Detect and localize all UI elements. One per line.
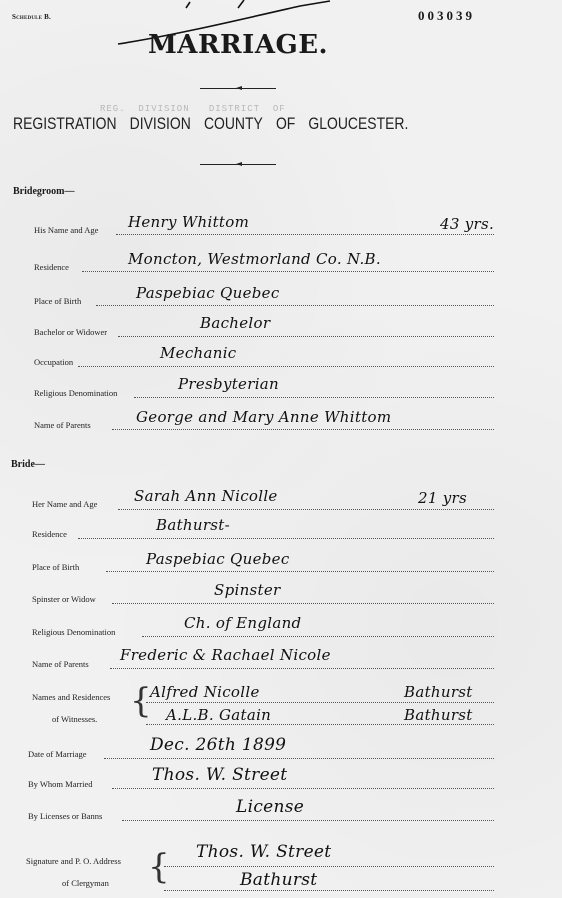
fill-line xyxy=(134,397,494,398)
marriage-registration-form: Schedule B. 003039 MARRIAGE. REG. DIVISI… xyxy=(0,0,562,898)
bride-religion-value: Ch. of England xyxy=(184,614,301,632)
witness-1-name: Alfred Nicolle xyxy=(150,683,260,701)
ornamental-rule xyxy=(200,88,276,89)
groom-name-label: His Name and Age xyxy=(34,225,98,235)
clergyman-address: Bathurst xyxy=(240,870,317,890)
groom-birthplace-label: Place of Birth xyxy=(34,296,81,306)
bride-residence-value: Bathurst- xyxy=(156,516,230,534)
groom-occupation-value: Mechanic xyxy=(160,344,237,362)
bride-birthplace-label: Place of Birth xyxy=(32,562,79,572)
fill-line xyxy=(146,702,494,703)
fill-line xyxy=(164,866,494,867)
groom-parents-value: George and Mary Anne Whittom xyxy=(136,408,391,426)
fill-line xyxy=(82,271,494,272)
serial-number: 003039 xyxy=(418,8,475,24)
groom-occupation-label: Occupation xyxy=(34,357,73,367)
fill-line xyxy=(116,234,494,235)
clergyman-label-line2: of Clergyman xyxy=(62,878,109,888)
fill-line xyxy=(118,336,494,337)
fill-line xyxy=(164,890,494,891)
groom-residence-value: Moncton, Westmorland Co. N.B. xyxy=(128,250,381,268)
groom-marital-label: Bachelor or Widower xyxy=(34,327,107,337)
fill-line xyxy=(106,571,494,572)
fill-line xyxy=(104,758,494,759)
fill-line xyxy=(96,305,494,306)
bride-birthplace-value: Paspebiac Quebec xyxy=(146,550,290,568)
witnesses-label-line2: of Witnesses. xyxy=(52,714,97,724)
witnesses-brace: { xyxy=(130,684,152,718)
bride-heading: Bride— xyxy=(11,459,45,470)
groom-residence-label: Residence xyxy=(34,262,69,272)
groom-age-value: 43 yrs. xyxy=(440,215,494,233)
bride-name-value: Sarah Ann Nicolle xyxy=(134,487,278,505)
fill-line xyxy=(142,636,494,637)
license-or-banns-value: License xyxy=(236,797,304,817)
witness-2-residence: Bathurst xyxy=(404,706,473,724)
ornamental-rule xyxy=(200,164,276,165)
fill-line xyxy=(112,788,494,789)
fill-line xyxy=(78,366,494,367)
fill-line xyxy=(110,668,494,669)
fill-line xyxy=(78,538,494,539)
clergyman-signature: Thos. W. Street xyxy=(196,842,331,862)
witness-1-residence: Bathurst xyxy=(404,683,473,701)
registration-line: REGISTRATIONDIVISIONCOUNTYOFGLOUCESTER. xyxy=(13,114,421,134)
bride-religion-label: Religious Denomination xyxy=(32,627,115,637)
reg-word: REGISTRATION xyxy=(13,114,117,133)
by-whom-married-label: By Whom Married xyxy=(28,779,93,789)
license-or-banns-label: By Licenses or Banns xyxy=(28,811,102,821)
by-whom-married-value: Thos. W. Street xyxy=(152,765,287,785)
fill-line xyxy=(112,603,494,604)
groom-name-value: Henry Whittom xyxy=(128,213,249,231)
date-of-marriage-value: Dec. 26th 1899 xyxy=(150,735,286,755)
bride-parents-label: Name of Parents xyxy=(32,659,89,669)
bridegroom-heading: Bridegroom— xyxy=(13,186,74,197)
bride-age-value: 21 yrs xyxy=(418,489,467,507)
schedule-label: Schedule B. xyxy=(12,13,51,21)
groom-parents-label: Name of Parents xyxy=(34,420,91,430)
clergyman-brace: { xyxy=(148,850,170,884)
groom-birthplace-value: Paspebiac Quebec xyxy=(136,284,280,302)
bride-residence-label: Residence xyxy=(32,529,67,539)
groom-religion-value: Presbyterian xyxy=(178,375,279,393)
fill-line xyxy=(122,820,494,821)
fill-line xyxy=(146,724,494,725)
groom-religion-label: Religious Denomination xyxy=(34,388,117,398)
fill-line xyxy=(118,509,494,510)
witnesses-label-line1: Names and Residences xyxy=(32,692,110,702)
date-of-marriage-label: Date of Marriage xyxy=(28,749,87,759)
reg-word: COUNTY xyxy=(204,114,263,133)
bride-parents-value: Frederic & Rachael Nicole xyxy=(120,646,331,664)
witness-2-name: A.L.B. Gatain xyxy=(166,706,271,724)
bride-marital-label: Spinster or Widow xyxy=(32,594,96,604)
form-title: MARRIAGE. xyxy=(148,30,328,60)
reg-county: GLOUCESTER. xyxy=(308,114,408,133)
groom-marital-value: Bachelor xyxy=(200,314,270,332)
bride-marital-value: Spinster xyxy=(214,581,281,599)
faint-overprint-text: REG. DIVISION DISTRICT OF xyxy=(100,104,286,114)
clergyman-label-line1: Signature and P. O. Address xyxy=(26,856,121,866)
reg-word: DIVISION xyxy=(130,114,191,133)
bride-name-label: Her Name and Age xyxy=(32,499,97,509)
fill-line xyxy=(112,429,494,430)
reg-word: OF xyxy=(276,114,295,133)
